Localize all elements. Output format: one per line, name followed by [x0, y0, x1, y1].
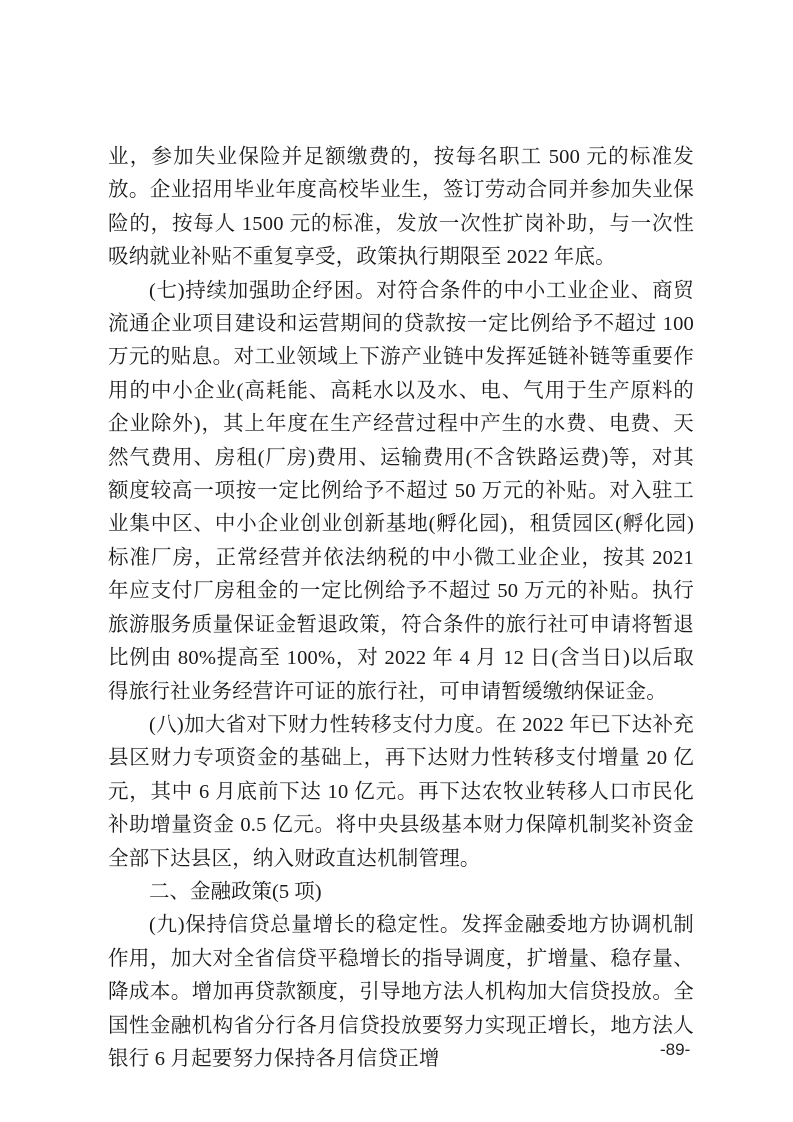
paragraph-continuation: 业，参加失业保险并足额缴费的，按每名职工 500 元的标准发放。企业招用毕业年度…	[108, 141, 694, 275]
page-body: 业，参加失业保险并足额缴费的，按每名职工 500 元的标准发放。企业招用毕业年度…	[108, 141, 694, 1076]
section-heading-financial-policy: 二、金融政策(5 项)	[108, 876, 694, 909]
paragraph-item-9: (九)保持信贷总量增长的稳定性。发挥金融委地方协调机制作用，加大对全省信贷平稳增…	[108, 909, 694, 1076]
paragraph-item-8: (八)加大省对下财力性转移支付力度。在 2022 年已下达补充县区财力专项资金的…	[108, 709, 694, 876]
page-number: -89-	[660, 1040, 690, 1060]
paragraph-item-7: (七)持续加强助企纾困。对符合条件的中小工业企业、商贸流通企业项目建设和运营期间…	[108, 275, 694, 709]
